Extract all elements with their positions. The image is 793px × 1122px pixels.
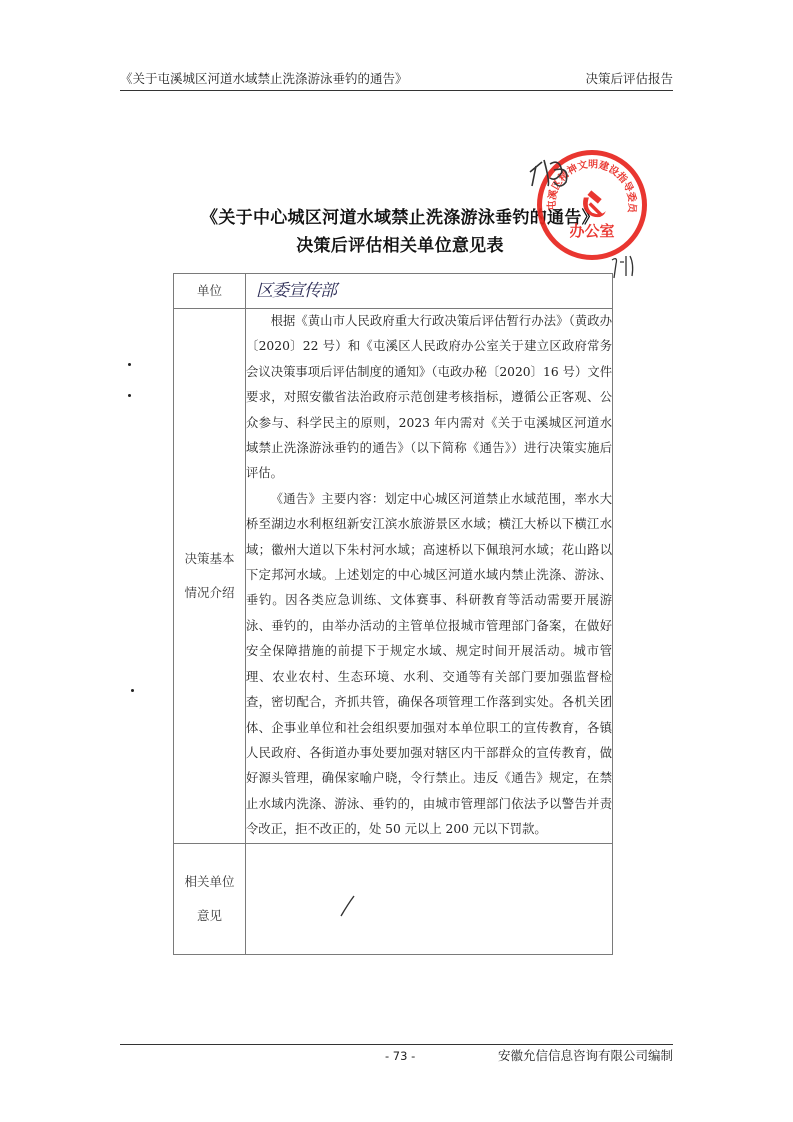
opinion-label-line-1: 相关单位: [174, 865, 245, 899]
decision-intro-content: 根据《黄山市人民政府重大行政决策后评估暂行办法》（黄政办〔2020〕22 号）和…: [246, 309, 613, 844]
unit-value-cell: 区委宣传部: [246, 274, 613, 309]
scan-speck: [131, 689, 134, 692]
table-row-unit: 单位 区委宣传部: [174, 274, 613, 309]
scan-speck: [128, 363, 131, 366]
page-number: - 73 -: [385, 1045, 415, 1067]
header-document-title: 《关于屯溪城区河道水域禁止洗涤游泳垂钓的通告》: [120, 68, 408, 90]
table-row-decision-intro: 决策基本 情况介绍 根据《黄山市人民政府重大行政决策后评估暂行办法》（黄政办〔2…: [174, 309, 613, 844]
header-report-type: 决策后评估报告: [585, 68, 673, 90]
opinion-value-cell: [246, 843, 613, 954]
handwritten-slash-mark: [338, 894, 358, 918]
opinion-form-table: 单位 区委宣传部 决策基本 情况介绍 根据《黄山市人民政府重大行政决策后评估暂行…: [173, 273, 613, 955]
page-header: 《关于屯溪城区河道水域禁止洗涤游泳垂钓的通告》 决策后评估报告: [120, 68, 673, 91]
unit-label: 单位: [174, 274, 246, 309]
footer-organization: 安徽允信信息咨询有限公司编制: [498, 1045, 673, 1067]
scan-speck: [128, 394, 131, 397]
opinion-label-line-2: 意见: [174, 899, 245, 933]
table-row-opinion: 相关单位 意见: [174, 843, 613, 954]
page-footer: - 73 - 安徽允信信息咨询有限公司编制: [120, 1044, 673, 1045]
seal-office-text: 办公室: [542, 220, 642, 241]
intro-paragraph-content: 《通告》主要内容：划定中心城区河道禁止水域范围，率水大桥至湖边水利枢纽新安江滨水…: [246, 487, 612, 843]
decision-intro-label-line-1: 决策基本: [174, 542, 245, 576]
official-seal: 屯溪区精神文明建设指导委员会 办公室: [537, 150, 647, 260]
unit-handwritten-value: 区委宣传部: [256, 276, 336, 301]
hammer-sickle-icon: [577, 189, 611, 223]
opinion-label: 相关单位 意见: [174, 843, 246, 954]
decision-intro-label: 决策基本 情况介绍: [174, 309, 246, 844]
intro-paragraph-basis: 根据《黄山市人民政府重大行政决策后评估暂行办法》（黄政办〔2020〕22 号）和…: [246, 309, 612, 487]
decision-intro-label-line-2: 情况介绍: [174, 576, 245, 610]
